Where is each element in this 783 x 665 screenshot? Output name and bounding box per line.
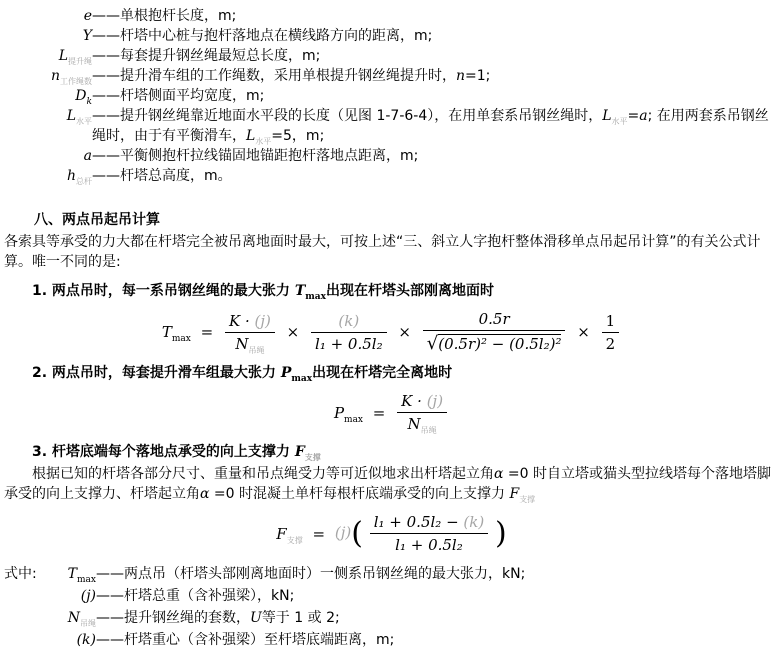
where-definitions: 式中: Tmax ——两点吊（杆塔头部刚离地面时）一侧系吊钢丝绳的最大张力，kN… — [4, 563, 779, 651]
fraction-1: K · (j) N吊绳 — [225, 312, 275, 353]
symbol-a: a — [4, 146, 92, 166]
spacer — [4, 629, 52, 651]
subscript-sling-rope: 吊绳 — [421, 426, 437, 435]
fraction-2: (k) l₁ + 0.5l₂ — [311, 312, 387, 353]
var-a: a — [84, 148, 92, 164]
definition-text: ——杆塔侧面平均宽度，m; — [92, 86, 779, 106]
text-segment: 2. 两点吊时，每套提升滑车组最大张力 — [32, 365, 281, 381]
definition-row-L-horizontal: L水平 ——提升钢丝绳靠近地面水平段的长度（见图 1-7-6-4），在用单套系吊… — [4, 106, 779, 146]
item-1-heading: 1. 两点吊时，每一系吊钢丝绳的最大张力 Tmax出现在杆塔头部刚离地面时 — [4, 281, 779, 301]
denominator-2: 2 — [602, 332, 620, 353]
numerator-1: 1 — [602, 312, 620, 332]
subscript-support: 支撑 — [305, 453, 321, 462]
definition-text: ——杆塔重心（含补强梁）至杆塔底端距离，m; — [96, 629, 779, 651]
text-segment: 3. 杆塔底端每个落地点承受的向上支撑力 — [32, 444, 295, 460]
var-K: K · — [401, 392, 422, 410]
times-sign: × — [398, 323, 411, 341]
where-row-j: (j) ——杆塔总重（含补强梁），kN; — [4, 585, 779, 607]
term-k: (k) — [52, 629, 96, 651]
subscript-support: 支撑 — [287, 536, 303, 545]
var-n-inline: n — [456, 68, 465, 84]
numerator: K · (j) — [225, 312, 275, 332]
var-N: N — [235, 335, 248, 353]
formula-lhs: Pmax — [334, 404, 363, 422]
formula-fsupport: F支撑 = (j)( l₁ + 0.5l₂ − (k) l₁ + 0.5l₂ ) — [4, 513, 779, 554]
var-T: T — [162, 323, 172, 341]
subscript-sling-rope: 吊绳 — [80, 619, 96, 628]
var-T: T — [68, 566, 77, 582]
fraction: l₁ + 0.5l₂ − (k) l₁ + 0.5l₂ — [370, 513, 488, 554]
text-segment: = — [628, 108, 640, 124]
var-L-inline: L — [602, 108, 611, 124]
item-3-paragraph: 根据已知的杆塔各部分尺寸、重量和吊点绳受力等可近似地求出杆塔起立角α =0 时自… — [4, 464, 779, 504]
term-j: (j) — [52, 585, 96, 607]
subscript-max: max — [305, 292, 326, 302]
text-segment: ——提升滑车组的工作绳数，采用单根提升钢丝绳提升时， — [92, 68, 456, 84]
radical-sign: √ — [427, 333, 438, 354]
numerator: K · (j) — [397, 392, 447, 412]
spacer — [4, 585, 52, 607]
subscript-horizontal: 水平 — [76, 117, 92, 126]
subscript-sling-rope: 吊绳 — [248, 346, 264, 355]
subscript-working-ropes: 工作绳数 — [60, 77, 92, 86]
definition-row-Y: Y ——杆塔中心桩与抱杆落地点在横线路方向的距离，m; — [4, 26, 779, 46]
fraction-4: 1 2 — [602, 312, 620, 353]
var-N: N — [68, 610, 80, 626]
placeholder-k: (k) — [463, 513, 484, 531]
symbol-n: n工作绳数 — [4, 66, 92, 86]
text-segment: 出现在杆塔完全离地时 — [312, 365, 452, 381]
var-a-inline: a — [639, 108, 647, 124]
text-segment: 等于 1 或 2; — [262, 610, 340, 626]
definition-row-e: e ——单根抱杆长度，m; — [4, 6, 779, 26]
var-N: N — [408, 415, 421, 433]
subscript-horizontal: 水平 — [255, 137, 271, 146]
definition-text: ——提升钢丝绳靠近地面水平段的长度（见图 1-7-6-4），在用单套系吊钢丝绳时… — [92, 106, 779, 146]
where-row-tmax: 式中: Tmax ——两点吊（杆塔头部刚离地面时）一侧系吊钢丝绳的最大张力，kN… — [4, 563, 779, 585]
where-row-N: N吊绳 ——提升钢丝绳的套数，U等于 1 或 2; — [4, 607, 779, 629]
var-n: n — [51, 68, 60, 84]
where-row-k: (k) ——杆塔重心（含补强梁）至杆塔底端距离，m; — [4, 629, 779, 651]
definition-text: ——杆塔总高度，m。 — [92, 166, 779, 186]
item-3-heading: 3. 杆塔底端每个落地点承受的向上支撑力 F支撑 — [4, 442, 779, 462]
subscript-support: 支撑 — [519, 495, 535, 504]
text-segment: 1. 两点吊时，每一系吊钢丝绳的最大张力 — [32, 283, 295, 299]
symbol-L-horizontal: L水平 — [4, 106, 92, 146]
text-segment: =5，m; — [271, 128, 324, 144]
placeholder-j: (j) — [255, 312, 271, 330]
symbol-Dk: Dk — [4, 86, 92, 106]
var-K: K · — [229, 312, 250, 330]
term-Tmax: Tmax — [52, 563, 96, 585]
symbol-h: h总杆 — [4, 166, 92, 186]
denominator: N吊绳 — [397, 412, 447, 433]
subscript-max: max — [344, 415, 363, 425]
var-L: L — [59, 48, 68, 64]
term-N: N吊绳 — [52, 607, 96, 629]
definition-row-a: a ——平衡侧抱杆拉线锚固地锚距抱杆落地点距离，m; — [4, 146, 779, 166]
where-label: 式中: — [4, 563, 52, 585]
definition-text: ——提升钢丝绳的套数，U等于 1 或 2; — [96, 607, 779, 629]
subscript-total-tower: 总杆 — [76, 177, 92, 186]
subscript-max: max — [77, 575, 96, 585]
definition-row-L-hoist: L提升绳 ——每套提升钢丝绳最短总长度，m; — [4, 46, 779, 66]
var-F: F — [509, 486, 519, 502]
text-segment: =1; — [465, 68, 490, 84]
placeholder-k: (k) — [311, 312, 387, 332]
denominator-l1-l2: l₁ + 0.5l₂ — [311, 332, 387, 353]
right-paren: ) — [495, 516, 507, 551]
text-segment: ——提升钢丝绳靠近地面水平段的长度（见图 1-7-6-4），在用单套系吊钢丝绳时… — [92, 108, 602, 124]
text-segment: 时混凝土单杆每根杆底端承受的向上支撑力 — [239, 486, 509, 502]
equals-sign: = — [313, 525, 326, 543]
numerator: l₁ + 0.5l₂ − (k) — [370, 513, 488, 533]
symbol-L-hoist: L提升绳 — [4, 46, 92, 66]
definition-text: ——杆塔中心桩与抱杆落地点在横线路方向的距离，m; — [92, 26, 779, 46]
document-page: e ——单根抱杆长度，m; Y ——杆塔中心桩与抱杆落地点在横线路方向的距离，m… — [0, 0, 783, 651]
formula-tmax: Tmax = K · (j) N吊绳 × (k) l₁ + 0.5l₂ × 0.… — [4, 310, 779, 354]
formula-lhs: Tmax — [162, 323, 191, 341]
text-segment: ——提升钢丝绳的套数， — [96, 610, 250, 626]
var-D: D — [75, 88, 86, 104]
definition-list-top: e ——单根抱杆长度，m; Y ——杆塔中心桩与抱杆落地点在横线路方向的距离，m… — [4, 6, 779, 186]
equals-sign: = — [373, 404, 386, 422]
symbol-e: e — [4, 6, 92, 26]
placeholder-j: (j) — [335, 524, 351, 542]
symbol-Y: Y — [4, 26, 92, 46]
var-Y: Y — [83, 28, 92, 44]
subscript-max: max — [291, 374, 312, 384]
var-U: U — [250, 610, 262, 626]
subscript-hoist-rope: 提升绳 — [68, 57, 92, 66]
definition-text: ——杆塔总重（含补强梁），kN; — [96, 585, 779, 607]
equals-sign: = — [201, 323, 214, 341]
subscript-horizontal: 水平 — [612, 117, 628, 126]
radicand: (0.5r)² − (0.5l₂)² — [438, 334, 561, 353]
fraction-3: 0.5r √(0.5r)² − (0.5l₂)² — [423, 310, 566, 354]
times-sign: × — [577, 323, 590, 341]
var-L: L — [67, 108, 76, 124]
times-sign: × — [287, 323, 300, 341]
denominator-sqrt: √(0.5r)² − (0.5l₂)² — [423, 330, 566, 354]
fraction: K · (j) N吊绳 — [397, 392, 447, 433]
var-e: e — [84, 8, 92, 24]
formula-pmax: Pmax = K · (j) N吊绳 — [4, 392, 779, 433]
numerator-l1-l2: l₁ + 0.5l₂ − — [374, 513, 464, 531]
section-intro-paragraph: 各索具等承受的力大都在杆塔完全被吊离地面时最大，可按上述“三、斜立人字抱杆整体滑… — [4, 232, 779, 272]
placeholder-j: (j) — [427, 392, 443, 410]
item-2-heading: 2. 两点吊时，每套提升滑车组最大张力 Pmax出现在杆塔完全离地时 — [4, 363, 779, 383]
var-L-inline: L — [246, 128, 255, 144]
definition-text: ——两点吊（杆塔头部刚离地面时）一侧系吊钢丝绳的最大张力，kN; — [96, 563, 779, 585]
var-T: T — [295, 283, 305, 299]
definition-text: ——每套提升钢丝绳最短总长度，m; — [92, 46, 779, 66]
denominator-l1-l2: l₁ + 0.5l₂ — [370, 533, 488, 554]
text-segment: =0 — [503, 466, 533, 482]
text-segment: 根据已知的杆塔各部分尺寸、重量和吊点绳受力等可近似地求出杆塔起立角 — [32, 466, 494, 482]
formula-lhs: F支撑 — [276, 525, 302, 543]
definition-text: ——提升滑车组的工作绳数，采用单根提升钢丝绳提升时，n=1; — [92, 66, 779, 86]
numerator-05r: 0.5r — [423, 310, 566, 330]
spacer — [4, 607, 52, 629]
var-P: P — [334, 404, 344, 422]
definition-text: ——平衡侧抱杆拉线锚固地锚距抱杆落地点距离，m; — [92, 146, 779, 166]
var-F: F — [295, 444, 305, 460]
var-P: P — [281, 365, 292, 381]
text-segment: 出现在杆塔头部刚离地面时 — [326, 283, 494, 299]
var-h: h — [67, 168, 76, 184]
section-heading: 八、两点吊起吊计算 — [34, 210, 779, 230]
subscript-max: max — [172, 334, 191, 344]
left-paren: ( — [351, 516, 363, 551]
definition-row-Dk: Dk ——杆塔侧面平均宽度，m; — [4, 86, 779, 106]
definition-text: ——单根抱杆长度，m; — [92, 6, 779, 26]
var-F: F — [276, 525, 286, 543]
denominator: N吊绳 — [225, 332, 275, 353]
definition-row-h: h总杆 ——杆塔总高度，m。 — [4, 166, 779, 186]
definition-row-n: n工作绳数 ——提升滑车组的工作绳数，采用单根提升钢丝绳提升时，n=1; — [4, 66, 779, 86]
text-segment: =0 — [209, 486, 239, 502]
